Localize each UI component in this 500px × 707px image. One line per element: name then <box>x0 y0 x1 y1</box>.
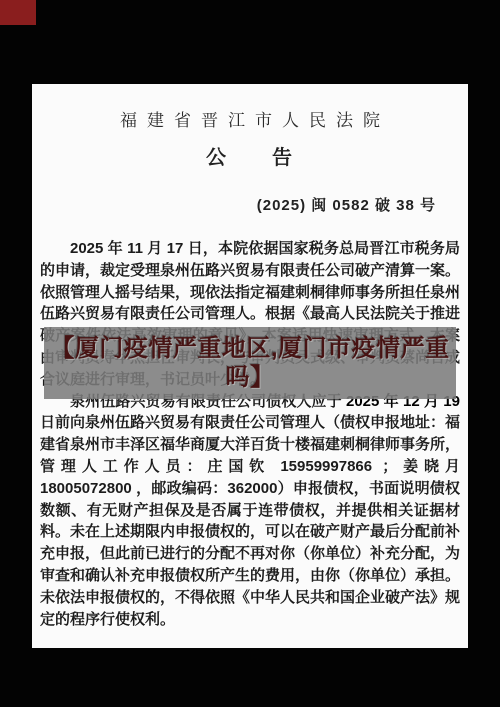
case-number: (2025) 闽 0582 破 38 号 <box>257 194 436 215</box>
watermark-overlay: 【厦门疫情严重地区,厦门市疫情严重 吗】 <box>44 327 456 399</box>
announcement-title: 公 告 <box>32 141 468 170</box>
court-name: 福建省晋江市人民法院 <box>32 106 468 131</box>
document-body: 2025 年 11 月 17 日，本院依据国家税务总局晋江市税务局的申请，裁定受… <box>40 238 460 630</box>
watermark-caption-line2: 吗】 <box>226 363 275 392</box>
corner-badge <box>0 0 36 25</box>
paragraph-2: 泉州伍路兴贸易有限责任公司债权人应于 2025 年 12 月 19 日前向泉州伍… <box>40 391 460 631</box>
document-page: 福建省晋江市人民法院 公 告 (2025) 闽 0582 破 38 号 2025… <box>32 84 468 648</box>
watermark-caption-line1: 【厦门疫情严重地区,厦门市疫情严重 <box>50 334 449 363</box>
screenshot-canvas: 福建省晋江市人民法院 公 告 (2025) 闽 0582 破 38 号 2025… <box>0 0 500 707</box>
paragraph-2-continued: 日前向泉州伍路兴贸易有限责任公司管理人（债权申报地址：福建省泉州市丰泽区福华商厦… <box>40 414 460 627</box>
